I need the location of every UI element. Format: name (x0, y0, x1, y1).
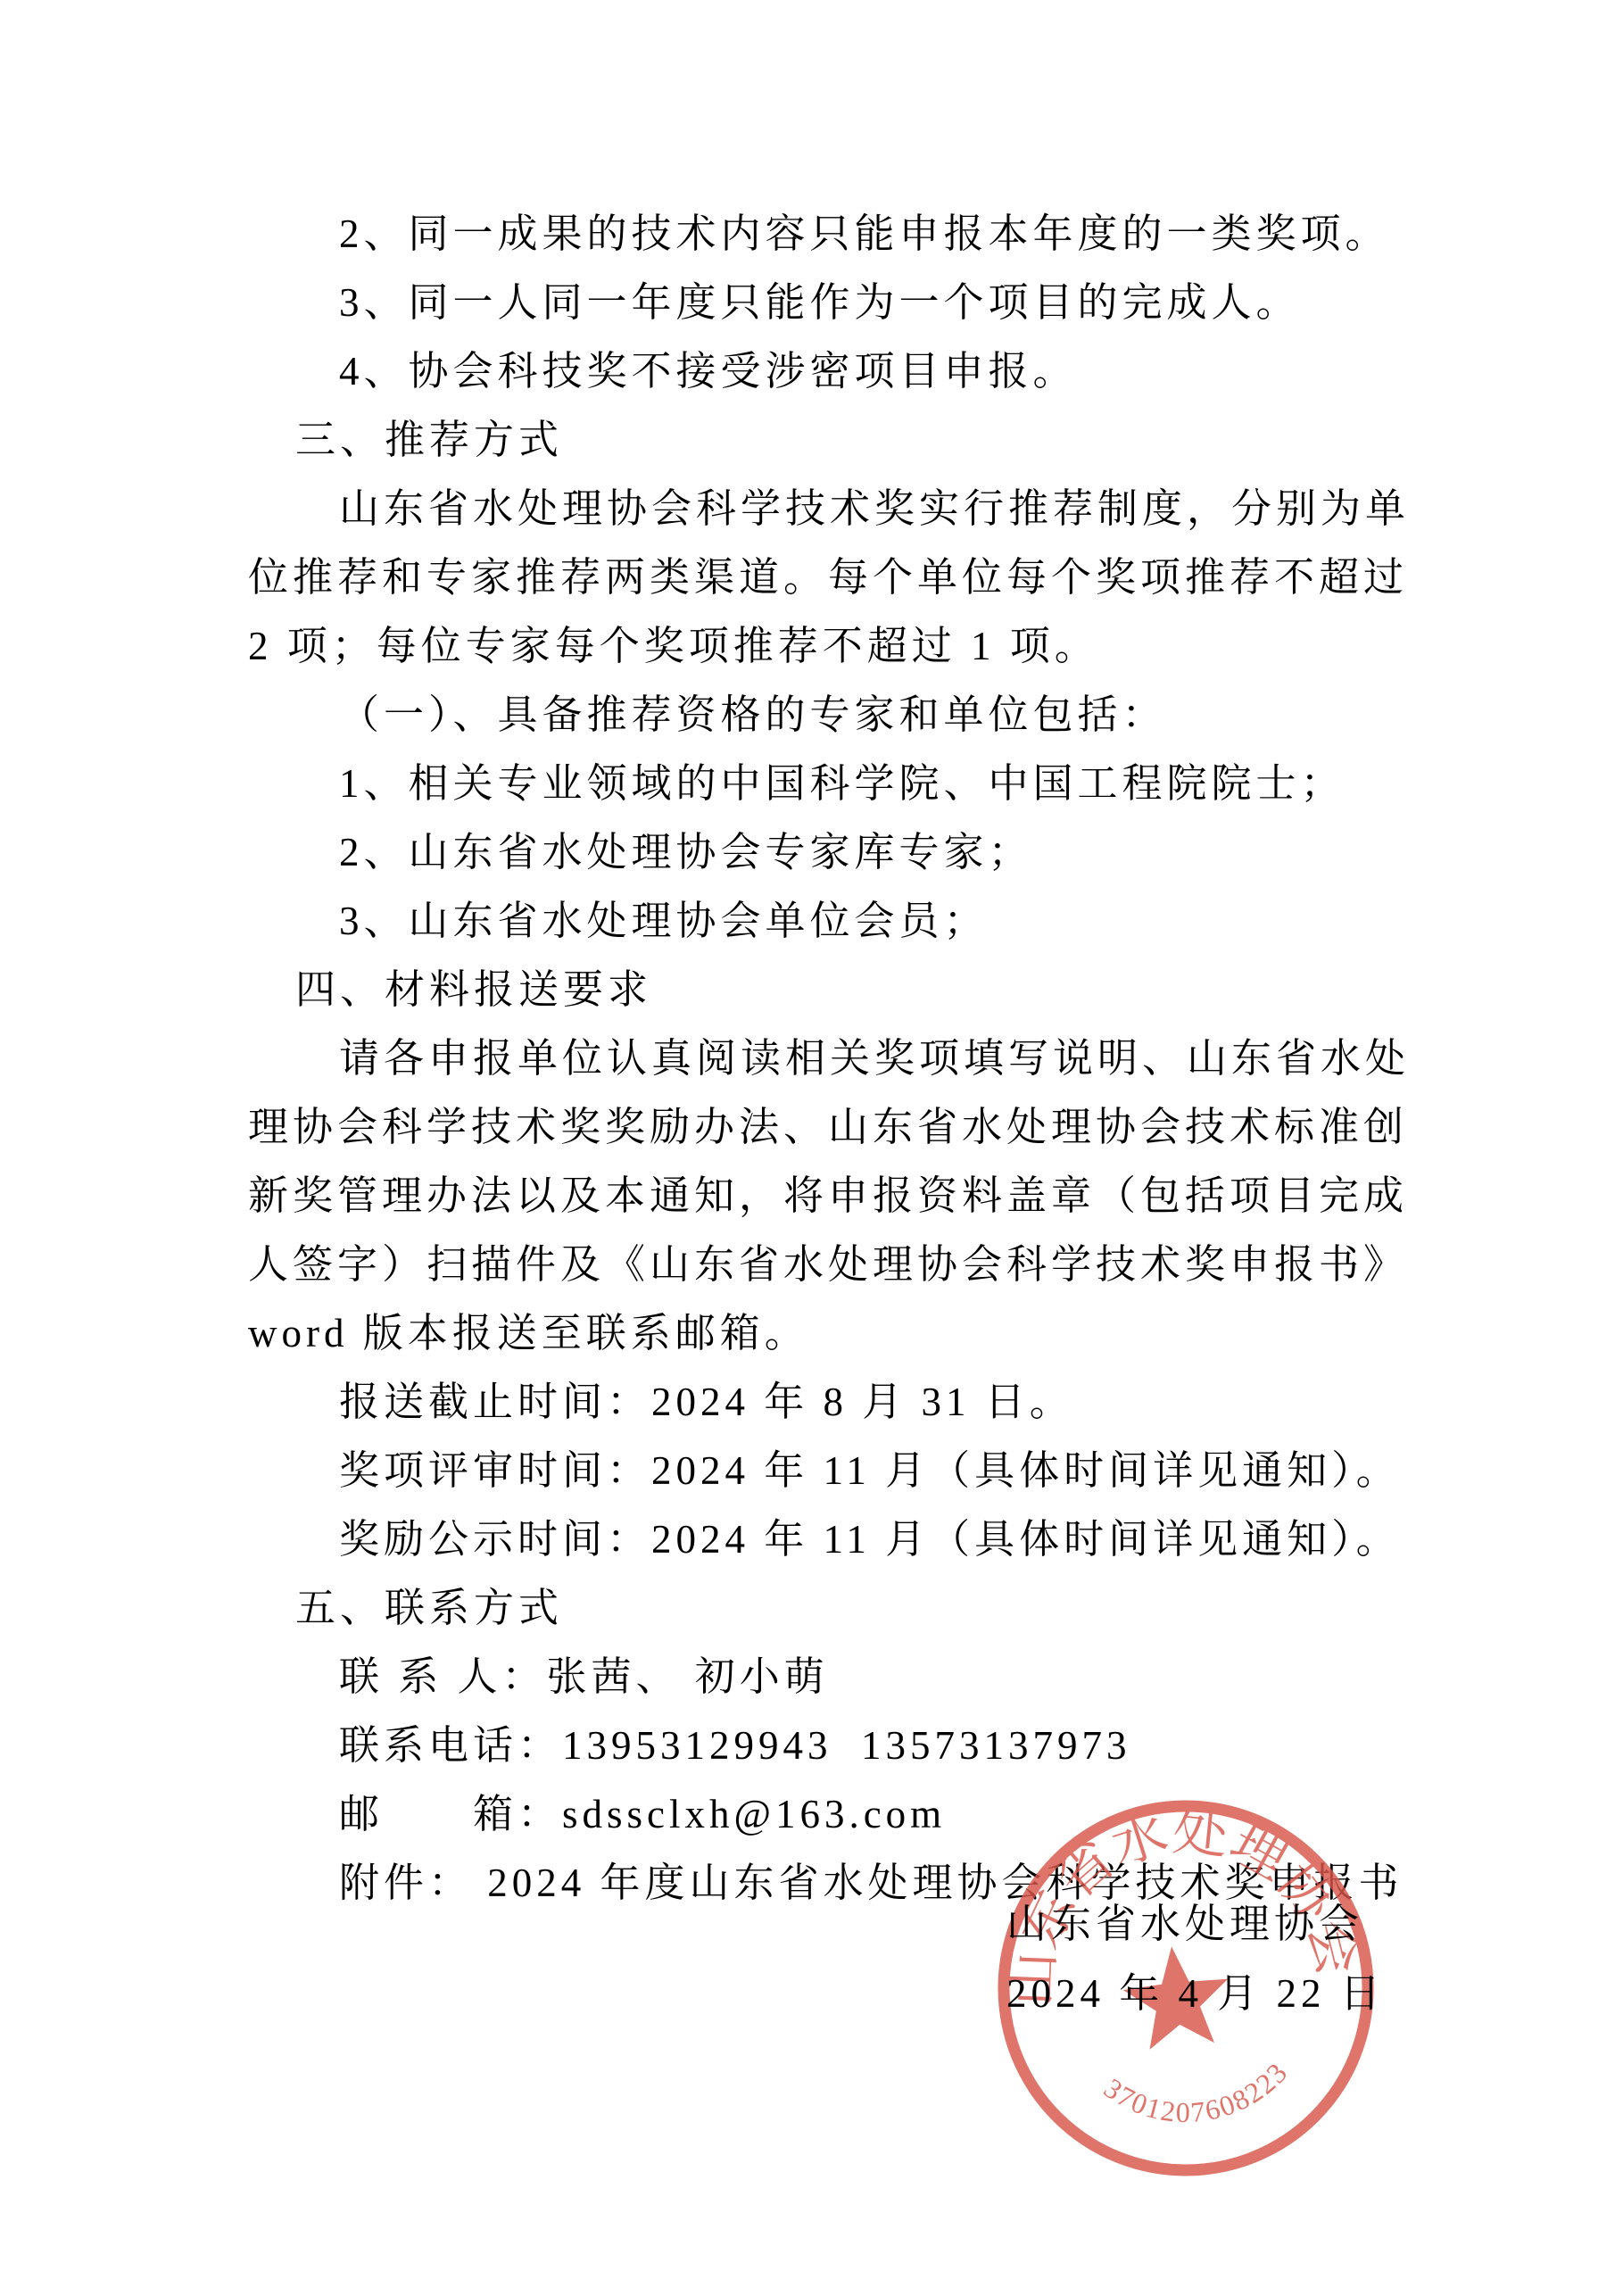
text-line: 奖项评审时间：2024 年 11 月（具体时间详见通知）。 (248, 1437, 1426, 1505)
seal-serial-number: 3701207608223 (1096, 2053, 1298, 2138)
text-line: 请各申报单位认真阅读相关奖项填写说明、山东省水处 (248, 1024, 1426, 1093)
text-line: 1、相关专业领域的中国科学院、中国工程院院士； (248, 750, 1426, 818)
text-line: 奖励公示时间：2024 年 11 月（具体时间详见通知）。 (248, 1505, 1426, 1574)
text-line: 新奖管理办法以及本通知，将申报资料盖章（包括项目完成 (248, 1162, 1426, 1231)
text-line: 位推荐和专家推荐两类渠道。每个单位每个奖项推荐不超过 (248, 543, 1426, 612)
text-line: 报送截止时间：2024 年 8 月 31 日。 (248, 1368, 1426, 1437)
text-line: （一）、具备推荐资格的专家和单位包括： (248, 681, 1426, 750)
text-line: 人签字）扫描件及《山东省水处理协会科学技术奖申报书》 (248, 1231, 1426, 1299)
text-line: word 版本报送至联系邮箱。 (248, 1299, 1426, 1368)
section-heading: 五、联系方式 (248, 1574, 1426, 1643)
signature-date: 2024 年 4 月 22 日 (1006, 1960, 1385, 2028)
text-line: 4、协会科技奖不接受涉密项目申报。 (248, 337, 1426, 406)
contact-person-line: 联 系 人：张茜、 初小萌 (248, 1643, 1426, 1712)
section-heading: 四、材料报送要求 (248, 956, 1426, 1024)
text-line: 山东省水处理协会科学技术奖实行推荐制度，分别为单 (248, 475, 1426, 543)
text-line: 理协会科学技术奖奖励办法、山东省水处理协会技术标准创 (248, 1093, 1426, 1162)
text-line: 3、山东省水处理协会单位会员； (248, 887, 1426, 956)
contact-phone-line: 联系电话：13953129943 13573137973 (248, 1712, 1426, 1780)
text-line: 2 项；每位专家每个奖项推荐不超过 1 项。 (248, 612, 1426, 681)
text-line: 2、山东省水处理协会专家库专家； (248, 818, 1426, 887)
document-page: 2、同一成果的技术内容只能申报本年度的一类奖项。 3、同一人同一年度只能作为一个… (0, 0, 1623, 2296)
signature-org: 山东省水处理协会 (1006, 1890, 1363, 1959)
document-body: 2、同一成果的技术内容只能申报本年度的一类奖项。 3、同一人同一年度只能作为一个… (248, 200, 1426, 1918)
text-line: 3、同一人同一年度只能作为一个项目的完成人。 (248, 269, 1426, 337)
section-heading: 三、推荐方式 (248, 406, 1426, 475)
text-line: 2、同一成果的技术内容只能申报本年度的一类奖项。 (248, 200, 1426, 269)
